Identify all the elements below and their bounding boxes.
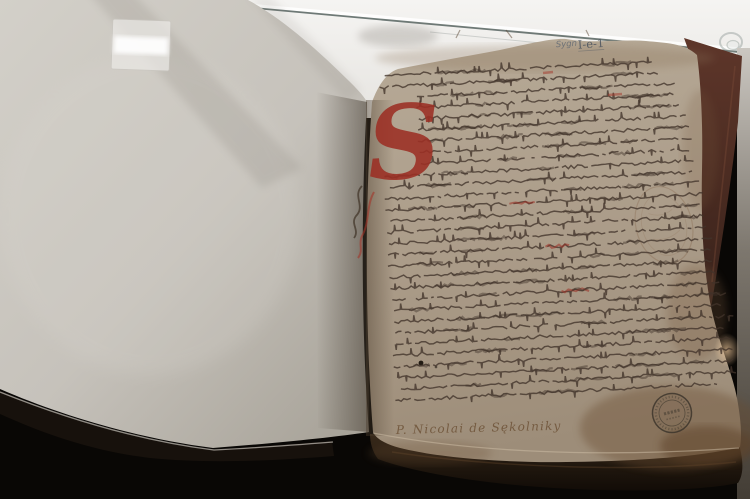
shiny-tape-patch [111, 19, 171, 71]
left-page-blank-flyleaf [0, 0, 369, 448]
left-gutter-shadow [316, 92, 369, 432]
scene-canvas: S Sygn I-e-1 P. Nicolai de Sękolniky [0, 0, 750, 499]
script-word-bold [419, 252, 433, 254]
script-word-bold [479, 293, 497, 295]
shelfmark-prefix: Sygn [555, 39, 577, 50]
script-word-bold [478, 238, 499, 240]
red-initial-letter: S [364, 81, 444, 205]
manuscript-photo: S Sygn I-e-1 P. Nicolai de Sękolniky [0, 0, 750, 499]
backdrop-shadow-smudge [358, 25, 438, 47]
bottom-left-stain [368, 441, 492, 465]
left-page-sheen [0, 55, 300, 375]
